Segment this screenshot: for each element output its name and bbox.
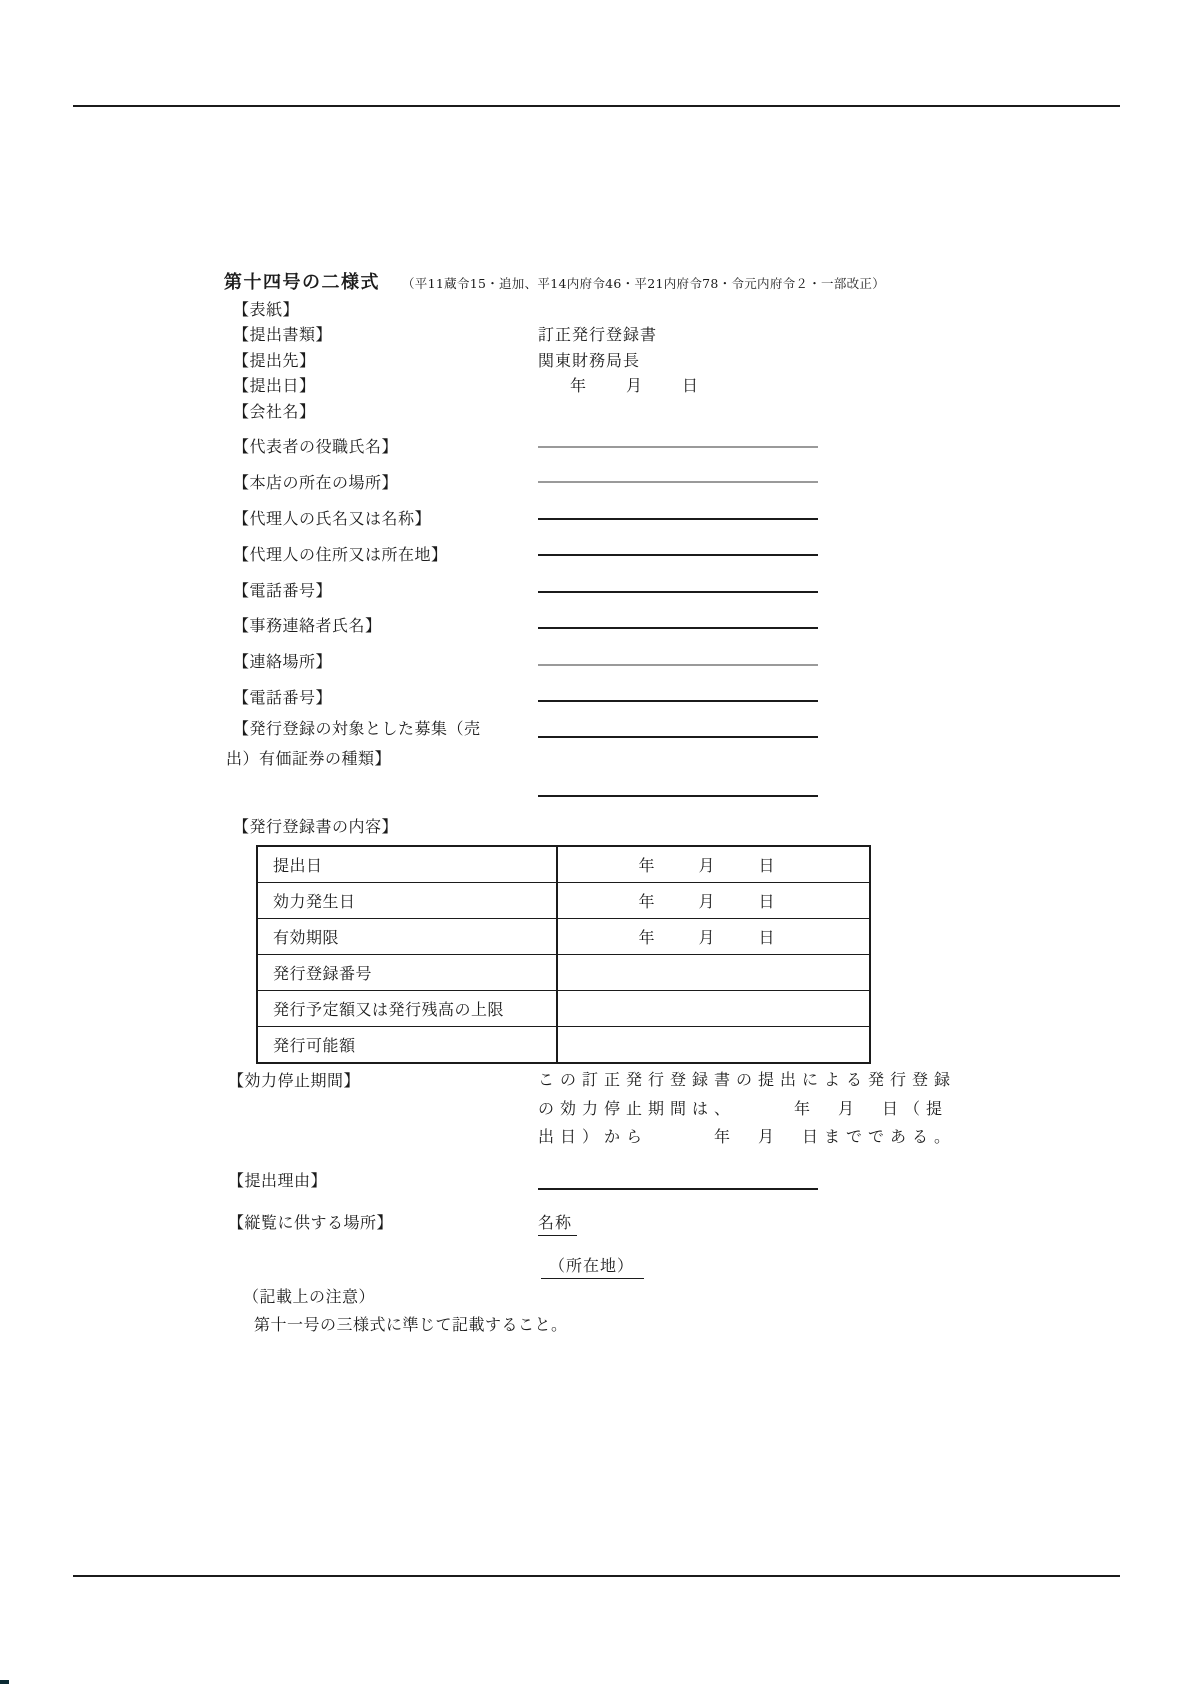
field-label-contact-place: 【連絡場所】 <box>233 649 332 672</box>
fill-line-contact-place <box>538 700 818 702</box>
table-row: 発行可能額 <box>258 1026 869 1062</box>
public-inspection-location-label: （所在地） <box>541 1253 644 1279</box>
field-label-submit-to: 【提出先】 <box>233 348 316 371</box>
section-label-registration-contents: 【発行登録書の内容】 <box>233 814 398 837</box>
field-label-head-office: 【本店の所在の場所】 <box>233 470 398 493</box>
field-label-agent-address: 【代理人の住所又は所在地】 <box>233 542 448 565</box>
fill-line-phone-2 <box>538 736 818 738</box>
table-row: 提出日 年 月 日 <box>258 847 869 882</box>
fill-line-company-name <box>538 446 818 448</box>
top-rule <box>73 105 1120 107</box>
field-label-submit-date: 【提出日】 <box>233 373 316 396</box>
field-label-company-name: 【会社名】 <box>233 399 316 422</box>
form-revision-note: （平11蔵令15・追加、平14内府令46・平21内府令78・令元内府令２・一部改… <box>402 276 885 291</box>
fill-line-agent-name <box>538 554 818 556</box>
scan-artifact <box>0 1680 9 1684</box>
cover-label: 【表紙】 <box>233 297 299 320</box>
field-label-submission-reason: 【提出理由】 <box>228 1168 327 1191</box>
bottom-rule <box>73 1575 1120 1577</box>
notes-heading: （記載上の注意） <box>243 1284 375 1307</box>
table-row: 発行登録番号 <box>258 954 869 990</box>
field-label-suspension-period: 【効力停止期間】 <box>228 1068 360 1091</box>
field-label-phone-1: 【電話番号】 <box>233 578 332 601</box>
table-row: 有効期限 年 月 日 <box>258 918 869 954</box>
table-row-value: 年 月 日 <box>558 883 869 918</box>
table-row-label: 有効期限 <box>258 919 558 954</box>
registration-contents-table: 提出日 年 月 日 効力発生日 年 月 日 有効期限 年 月 日 発行登録番号 … <box>256 845 871 1064</box>
table-row-label: 発行登録番号 <box>258 955 558 990</box>
fill-line-head-office <box>538 518 818 520</box>
field-value-submit-date: 年 月 日 <box>570 373 710 396</box>
form-document-page: 第十四号の二様式（平11蔵令15・追加、平14内府令46・平21内府令78・令元… <box>0 0 1192 1685</box>
table-row-label: 効力発生日 <box>258 883 558 918</box>
table-row-value <box>558 991 869 1026</box>
fill-line-submission-reason <box>538 1188 818 1190</box>
table-row-label: 発行可能額 <box>258 1027 558 1062</box>
table-row-value: 年 月 日 <box>558 919 869 954</box>
field-value-document-type: 訂正発行登録書 <box>538 322 657 345</box>
field-label-securities-type-line1: 【発行登録の対象とした募集（売 <box>233 716 481 739</box>
suspension-period-text: この訂正発行登録書の提出による発行登録 の効力停止期間は、 年 月 日（提 出日… <box>538 1066 956 1152</box>
form-header: 第十四号の二様式（平11蔵令15・追加、平14内府令46・平21内府令78・令元… <box>224 268 885 294</box>
table-row-value <box>558 955 869 990</box>
table-row-label: 提出日 <box>258 847 558 882</box>
field-label-document-type: 【提出書類】 <box>233 322 332 345</box>
fill-line-representative <box>538 481 818 483</box>
table-row: 効力発生日 年 月 日 <box>258 882 869 918</box>
table-row-value <box>558 1027 869 1062</box>
fill-line-admin-contact <box>538 664 818 666</box>
table-row-value: 年 月 日 <box>558 847 869 882</box>
field-label-public-inspection: 【縦覧に供する場所】 <box>228 1210 393 1233</box>
public-inspection-name-label: 名称 <box>538 1210 577 1236</box>
field-value-submit-to: 関東財務局長 <box>538 348 640 371</box>
table-row-label: 発行予定額又は発行残高の上限 <box>258 991 558 1026</box>
field-label-agent-name: 【代理人の氏名又は名称】 <box>233 506 431 529</box>
notes-body: 第十一号の三様式に準じて記載すること。 <box>254 1312 568 1335</box>
fill-line-agent-address <box>538 591 818 593</box>
field-label-securities-type-line2: 出）有価証券の種類】 <box>226 746 391 769</box>
fill-line-phone-1 <box>538 627 818 629</box>
form-number: 第十四号の二様式 <box>224 272 380 293</box>
table-row: 発行予定額又は発行残高の上限 <box>258 990 869 1026</box>
field-label-phone-2: 【電話番号】 <box>233 685 332 708</box>
field-label-admin-contact: 【事務連絡者氏名】 <box>233 613 382 636</box>
fill-line-securities-type <box>538 795 818 797</box>
field-label-representative: 【代表者の役職氏名】 <box>233 434 398 457</box>
